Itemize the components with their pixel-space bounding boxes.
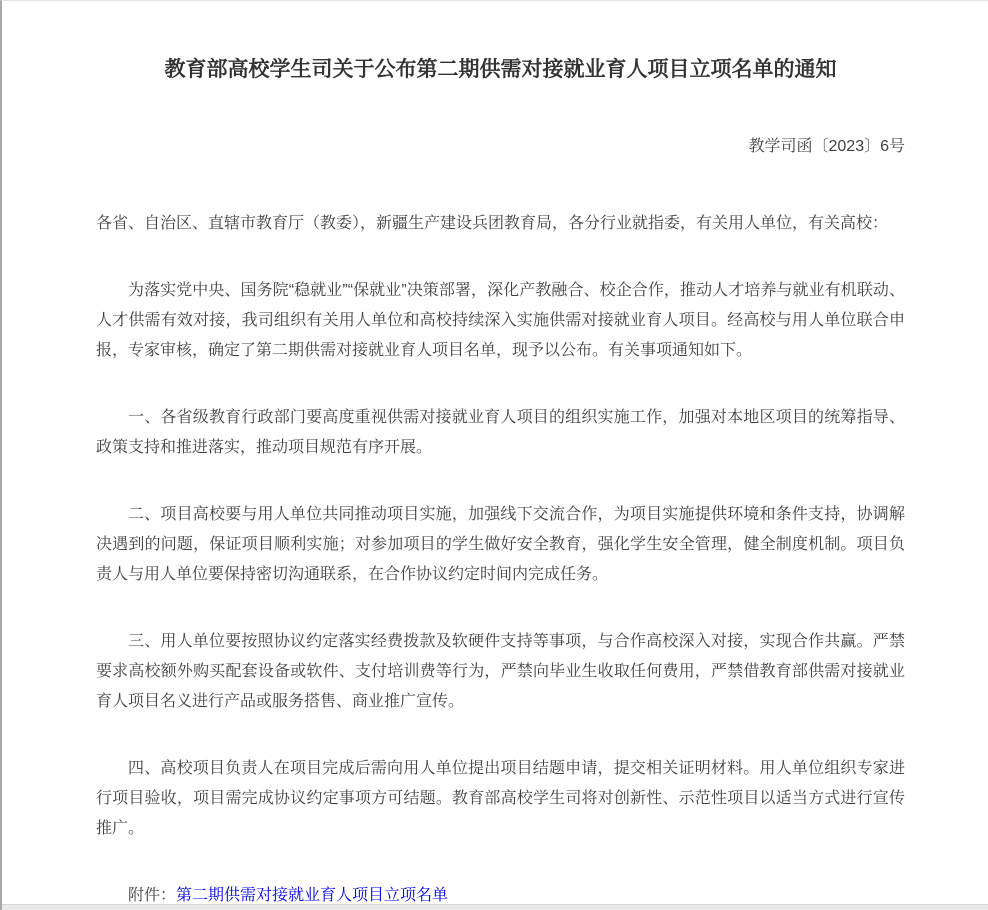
paragraph-item-1: 一、各省级教育行政部门要高度重视供需对接就业育人项目的组织实施工作，加强对本地区…	[96, 403, 905, 463]
notice-page: 教育部高校学生司关于公布第二期供需对接就业育人项目立项名单的通知 教学司函〔20…	[0, 0, 988, 910]
salutation: 各省、自治区、直辖市教育厅（教委），新疆生产建设兵团教育局，各分行业就指委，有关…	[96, 209, 905, 239]
horizontal-scrollbar-track[interactable]	[2, 904, 988, 910]
paragraph-item-2: 二、项目高校要与用人单位共同推动项目实施，加强线下交流合作，为项目实施提供环境和…	[96, 500, 905, 590]
page-title: 教育部高校学生司关于公布第二期供需对接就业育人项目立项名单的通知	[96, 56, 905, 84]
notice-content: 教育部高校学生司关于公布第二期供需对接就业育人项目立项名单的通知 教学司函〔20…	[2, 56, 988, 910]
paragraph-intro: 为落实党中央、国务院“稳就业”“保就业”决策部署，深化产教融合、校企合作，推动人…	[96, 276, 905, 366]
attachment-link[interactable]: 第二期供需对接就业育人项目立项名单	[176, 887, 448, 904]
document-number: 教学司函〔2023〕6号	[96, 133, 905, 161]
attachment-label: 附件：	[128, 887, 176, 904]
paragraph-item-4: 四、高校项目负责人在项目完成后需向用人单位提出项目结题申请，提交相关证明材料。用…	[96, 754, 905, 844]
paragraph-item-3: 三、用人单位要按照协议约定落实经费拨款及软硬件支持等事项，与合作高校深入对接，实…	[96, 627, 905, 717]
notice-body: 各省、自治区、直辖市教育厅（教委），新疆生产建设兵团教育局，各分行业就指委，有关…	[96, 209, 905, 910]
